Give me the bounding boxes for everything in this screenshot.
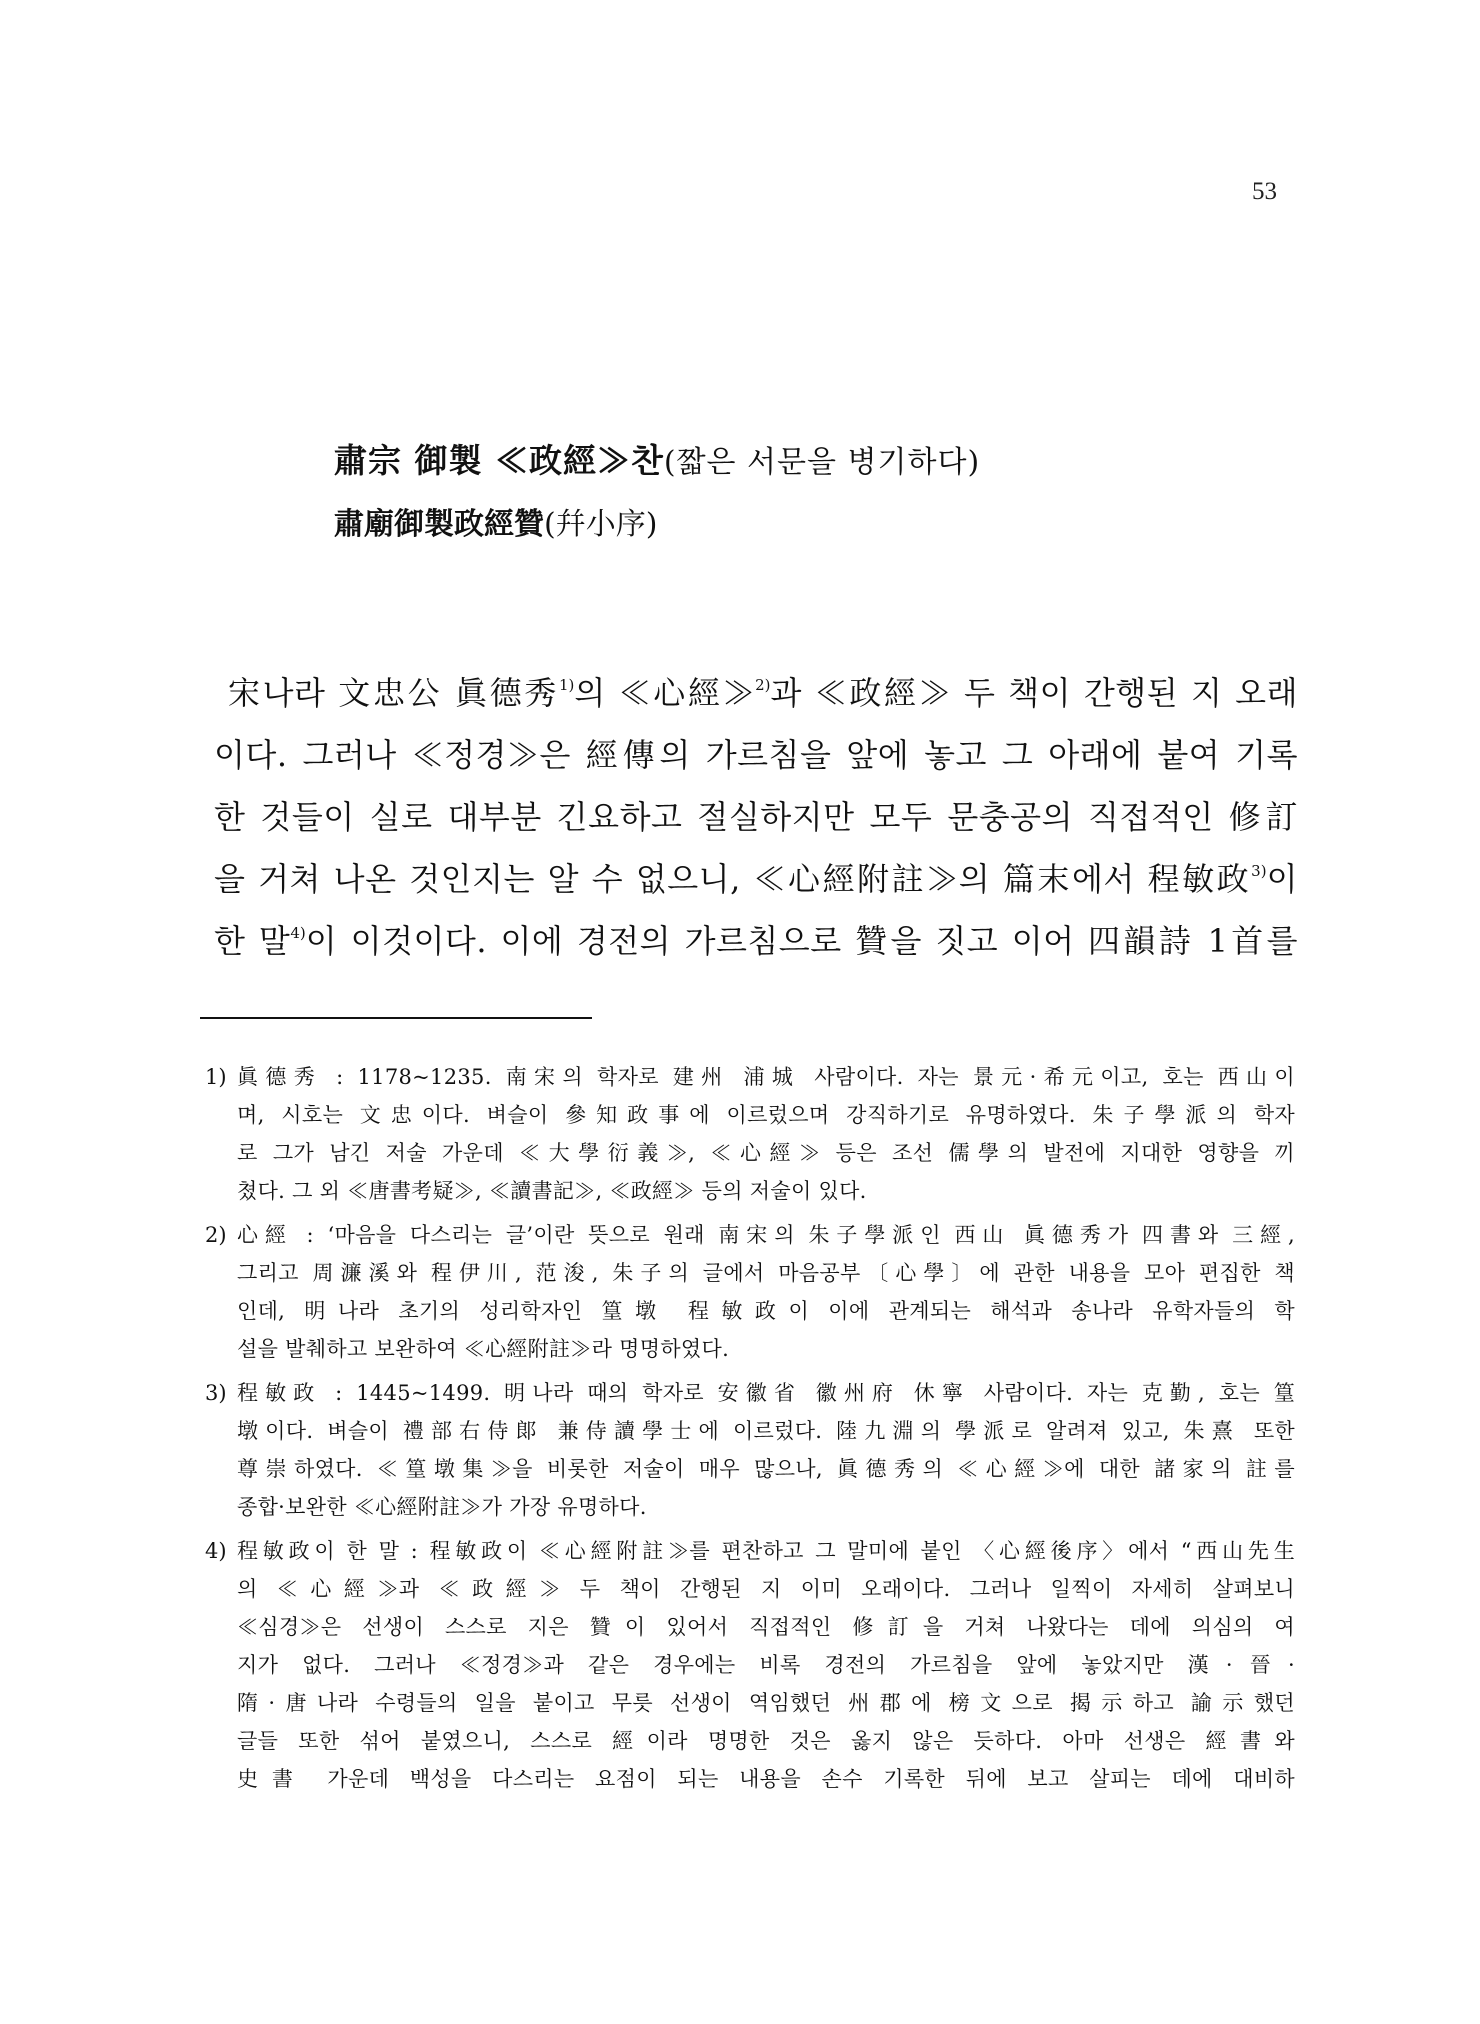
body-text-segment: 宋나라 文忠公 眞德秀 <box>228 674 559 712</box>
footnote-line: 의 ≪心經≫과 ≪政經≫ 두 책이 간행된 지 이미 오래이다. 그러나 일찍이… <box>237 1570 1295 1608</box>
footnote-number: 2) <box>205 1216 227 1254</box>
body-text-segment: 을 거쳐 나온 것인지는 알 수 없으니, ≪心經附註≫의 篇末에서 程敏政 <box>214 860 1251 898</box>
footnote-ref-4[interactable]: 4) <box>290 924 305 942</box>
body-text-segment: 과 ≪政經≫ 두 책이 간행된 지 오래 <box>771 674 1299 712</box>
body-paragraph: 宋나라 文忠公 眞德秀1)의 ≪心經≫2)과 ≪政經≫ 두 책이 간행된 지 오… <box>214 662 1298 972</box>
footnote-line: 설을 발췌하고 보완하여 ≪心經附註≫라 명명하였다. <box>237 1330 1295 1368</box>
body-line: 宋나라 文忠公 眞德秀1)의 ≪心經≫2)과 ≪政經≫ 두 책이 간행된 지 오… <box>214 662 1298 724</box>
footnote-divider <box>200 1017 592 1019</box>
footnote-2: 2) 心經 : ‘마음을 다스리는 글’이란 뜻으로 원래 南宋의 朱子學派인 … <box>205 1216 1295 1368</box>
footnote-3: 3) 程敏政 : 1445~1499. 明나라 때의 학자로 安徽省 徽州府 休… <box>205 1374 1295 1526</box>
body-text-segment: 한 것들이 실로 대부분 긴요하고 절실하지만 모두 문충공의 직접적인 修訂 <box>214 798 1298 836</box>
footnote-line: 지가 없다. 그러나 ≪정경≫과 같은 경우에는 비록 경전의 가르침을 앞에 … <box>237 1646 1295 1684</box>
footnote-4: 4) 程敏政이 한 말 : 程敏政이 ≪心經附註≫를 편찬하고 그 말미에 붙인… <box>205 1532 1295 1798</box>
footnote-line: 程敏政 : 1445~1499. 明나라 때의 학자로 安徽省 徽州府 休寧 사… <box>237 1374 1295 1412</box>
footnote-line: 그리고 周濂溪와 程伊川, 范浚, 朱子의 글에서 마음공부〔心學〕에 관한 내… <box>237 1254 1295 1292</box>
body-line: 한 것들이 실로 대부분 긴요하고 절실하지만 모두 문충공의 직접적인 修訂 <box>214 786 1298 848</box>
footnote-number: 4) <box>205 1532 227 1570</box>
title-block: 肅宗 御製 ≪政經≫찬(짧은 서문을 병기하다) 肅廟御製政經贊(幷小序) <box>334 440 980 546</box>
body-text-segment: 이 <box>1267 860 1298 898</box>
page-number: 53 <box>1252 178 1277 206</box>
footnote-line: 隋·唐나라 수령들의 일을 붙이고 무릇 선생이 역임했던 州郡에 榜文으로 揭… <box>237 1684 1295 1722</box>
title-hanja-text: 肅廟御製政經贊 <box>334 507 544 542</box>
footnote-1: 1) 眞德秀 : 1178~1235. 南宋의 학자로 建州 浦城 사람이다. … <box>205 1058 1295 1210</box>
footnote-line: 眞德秀 : 1178~1235. 南宋의 학자로 建州 浦城 사람이다. 자는 … <box>237 1058 1295 1096</box>
body-line: 이다. 그러나 ≪정경≫은 經傳의 가르침을 앞에 놓고 그 아래에 붙여 기록 <box>214 724 1298 786</box>
title-main-subtitle: (짧은 서문을 병기하다) <box>664 445 980 480</box>
title-hanja-subtitle: (幷小序) <box>544 507 657 542</box>
page-title-hanja: 肅廟御製政經贊(幷小序) <box>334 504 980 546</box>
footnote-line: 며, 시호는 文忠이다. 벼슬이 參知政事에 이르렀으며 강직하기로 유명하였다… <box>237 1096 1295 1134</box>
footnote-line: 종합·보완한 ≪心經附註≫가 가장 유명하다. <box>237 1488 1295 1526</box>
footnote-line: 로 그가 남긴 저술 가운데 ≪大學衍義≫, ≪心經≫ 등은 조선 儒學의 발전… <box>237 1134 1295 1172</box>
footnote-ref-2[interactable]: 2) <box>755 676 770 694</box>
footnote-line: 인데, 明나라 초기의 성리학자인 篁墩 程敏政이 이에 관계되는 해석과 송나… <box>237 1292 1295 1330</box>
body-text-segment: 이 이것이다. 이에 경전의 가르침으로 贊을 짓고 이어 四韻詩 1首를 <box>306 922 1298 960</box>
page-title: 肅宗 御製 ≪政經≫찬(짧은 서문을 병기하다) <box>334 440 980 484</box>
footnote-line: 글들 또한 섞어 붙였으니, 스스로 經이라 명명한 것은 옳지 않은 듯하다.… <box>237 1722 1295 1760</box>
footnote-line: 尊崇하였다. ≪篁墩集≫을 비롯한 저술이 매우 많으나, 眞德秀의 ≪心經≫에… <box>237 1450 1295 1488</box>
footnotes-section: 1) 眞德秀 : 1178~1235. 南宋의 학자로 建州 浦城 사람이다. … <box>205 1058 1295 1804</box>
body-line: 한 말4)이 이것이다. 이에 경전의 가르침으로 贊을 짓고 이어 四韻詩 1… <box>214 910 1298 972</box>
body-text-segment: 이다. 그러나 ≪정경≫은 經傳의 가르침을 앞에 놓고 그 아래에 붙여 기록 <box>214 736 1298 774</box>
title-main-text: 肅宗 御製 ≪政經≫찬 <box>334 441 664 480</box>
body-line: 을 거쳐 나온 것인지는 알 수 없으니, ≪心經附註≫의 篇末에서 程敏政3)… <box>214 848 1298 910</box>
body-text-segment: 의 ≪心經≫ <box>574 674 755 712</box>
footnote-line: 墩이다. 벼슬이 禮部右侍郞 兼侍讀學士에 이르렀다. 陸九淵의 學派로 알려져… <box>237 1412 1295 1450</box>
footnote-number: 1) <box>205 1058 227 1096</box>
footnote-ref-1[interactable]: 1) <box>559 676 574 694</box>
footnote-line: 程敏政이 한 말 : 程敏政이 ≪心經附註≫를 편찬하고 그 말미에 붙인 〈心… <box>237 1532 1295 1570</box>
footnote-line: ≪심경≫은 선생이 스스로 지은 贊이 있어서 직접적인 修訂을 거쳐 나왔다는… <box>237 1608 1295 1646</box>
footnote-line: 史書 가운데 백성을 다스리는 요점이 되는 내용을 손수 기록한 뒤에 보고 … <box>237 1760 1295 1798</box>
footnote-line: 心經 : ‘마음을 다스리는 글’이란 뜻으로 원래 南宋의 朱子學派인 西山 … <box>237 1216 1295 1254</box>
footnote-ref-3[interactable]: 3) <box>1251 862 1266 880</box>
footnote-line: 쳤다. 그 외 ≪唐書考疑≫, ≪讀書記≫, ≪政經≫ 등의 저술이 있다. <box>237 1172 1295 1210</box>
body-text-segment: 한 말 <box>214 922 290 960</box>
footnote-number: 3) <box>205 1374 227 1412</box>
